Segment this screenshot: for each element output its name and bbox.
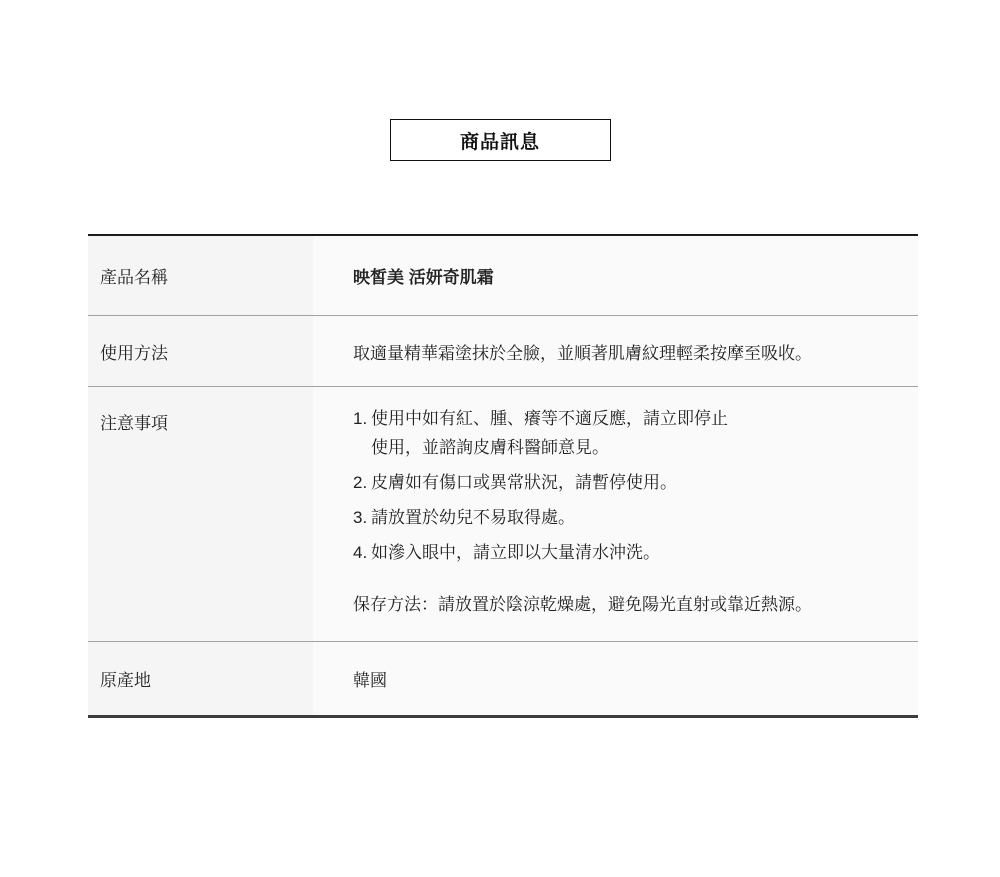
product-name-value: 映皙美 活妍奇肌霜 [313, 236, 918, 315]
notes-label: 注意事項 [88, 387, 313, 641]
product-info-title: 商品訊息 [460, 127, 540, 154]
product-info-title-box: 商品訊息 [390, 119, 611, 161]
notice-item-3-number: 3. [353, 503, 371, 532]
table-row-notes: 注意事項 1. 使用中如有紅、腫、癢等不適反應，請立即停止 使用，並諮詢皮膚科醫… [88, 387, 918, 642]
notice-item-2-number: 2. [353, 468, 371, 497]
notice-item-3-text: 請放置於幼兒不易取得處。 [371, 503, 575, 532]
usage-label: 使用方法 [88, 316, 313, 386]
storage-note: 保存方法：請放置於陰涼乾燥處，避免陽光直射或靠近熱源。 [353, 590, 898, 619]
origin-label: 原產地 [88, 642, 313, 715]
notice-item-4-number: 4. [353, 538, 371, 567]
notice-item-3: 3. 請放置於幼兒不易取得處。 [353, 503, 898, 532]
table-row-product-name: 產品名稱 映皙美 活妍奇肌霜 [88, 236, 918, 316]
notice-item-1-text: 使用中如有紅、腫、癢等不適反應，請立即停止 使用，並諮詢皮膚科醫師意見。 [371, 404, 728, 462]
product-name-label: 產品名稱 [88, 236, 313, 315]
notice-item-1-number: 1. [353, 404, 371, 462]
notice-item-2: 2. 皮膚如有傷口或異常狀況，請暫停使用。 [353, 468, 898, 497]
notice-item-1: 1. 使用中如有紅、腫、癢等不適反應，請立即停止 使用，並諮詢皮膚科醫師意見。 [353, 404, 898, 462]
product-info-table: 產品名稱 映皙美 活妍奇肌霜 使用方法 取適量精華霜塗抹於全臉，並順著肌膚紋理輕… [88, 234, 918, 718]
notice-item-4-text: 如滲入眼中，請立即以大量清水沖洗。 [371, 538, 660, 567]
notes-value: 1. 使用中如有紅、腫、癢等不適反應，請立即停止 使用，並諮詢皮膚科醫師意見。 … [313, 387, 918, 641]
origin-value: 韓國 [313, 642, 918, 715]
table-row-usage: 使用方法 取適量精華霜塗抹於全臉，並順著肌膚紋理輕柔按摩至吸收。 [88, 316, 918, 387]
notice-item-2-text: 皮膚如有傷口或異常狀況，請暫停使用。 [371, 468, 677, 497]
usage-value: 取適量精華霜塗抹於全臉，並順著肌膚紋理輕柔按摩至吸收。 [313, 316, 918, 386]
table-row-origin: 原產地 韓國 [88, 642, 918, 715]
notice-item-4: 4. 如滲入眼中，請立即以大量清水沖洗。 [353, 538, 898, 567]
